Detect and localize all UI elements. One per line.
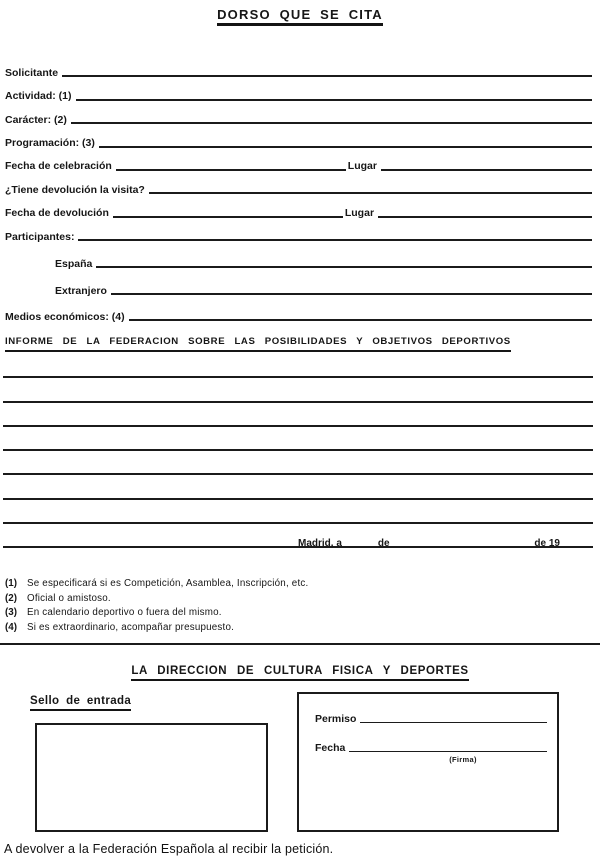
fecha-celebracion-fill-line [116, 167, 346, 171]
informe-writing-area [3, 354, 593, 548]
date-de-label: de [378, 539, 390, 549]
participantes-fill-line [78, 237, 592, 241]
footnote-4: (4) Si es extraordinario, acompañar pres… [5, 621, 580, 636]
footnote-number: (1) [5, 577, 27, 592]
fecha-fill-line [349, 749, 547, 752]
direccion-heading-wrap: LA DIRECCION DE CULTURA FISICA Y DEPORTE… [0, 661, 600, 681]
title-wrap: DORSO QUE SE CITA [0, 6, 600, 26]
lugar-devolucion-fill-line [378, 214, 592, 218]
caracter-fill-line [71, 120, 592, 124]
sello-de-entrada-box [35, 723, 268, 832]
footnote-text: En calendario deportivo o fuera del mism… [27, 606, 222, 621]
footnote-number: (4) [5, 621, 27, 636]
direccion-heading: LA DIRECCION DE CULTURA FISICA Y DEPORTE… [131, 665, 468, 681]
date-month-fill-line [395, 545, 532, 548]
programacion-label: Programación: (3) [5, 138, 95, 149]
solicitante-label: Solicitante [5, 68, 58, 79]
actividad-fill-line [76, 97, 592, 101]
field-row-caracter: Carácter: (2) [5, 102, 592, 125]
informe-heading-wrap: INFORME DE LA FEDERACION SOBRE LAS POSIB… [5, 331, 511, 352]
field-row-espana: España [5, 242, 592, 269]
fecha-row: Fecha [315, 739, 547, 753]
date-line: Madrid, a de de 19 [298, 539, 590, 549]
permiso-fill-line [360, 720, 547, 723]
field-row-extranjero: Extranjero [5, 269, 592, 296]
footnote-3: (3) En calendario deportivo o fuera del … [5, 606, 580, 621]
footnotes: (1) Se especificará si es Competición, A… [5, 577, 580, 636]
solicitante-fill-line [62, 73, 592, 77]
section-divider [0, 643, 600, 645]
espana-fill-line [96, 264, 592, 268]
medios-economicos-label: Medios económicos: (4) [5, 312, 125, 323]
firma-caption: (Firma) [299, 755, 557, 764]
footnote-text: Oficial o amistoso. [27, 592, 111, 607]
footnote-1: (1) Se especificará si es Competición, A… [5, 577, 580, 592]
date-city-label: Madrid, a [298, 539, 342, 549]
informe-heading: INFORME DE LA FEDERACION SOBRE LAS POSIB… [5, 336, 511, 352]
field-row-programacion: Programación: (3) [5, 125, 592, 148]
field-row-medios-economicos: Medios económicos: (4) [5, 296, 592, 322]
footnote-text: Se especificará si es Competición, Asamb… [27, 577, 308, 592]
form-fields: Solicitante Actividad: (1) Carácter: (2)… [5, 55, 592, 322]
medios-economicos-fill-line [129, 317, 592, 321]
fecha-label: Fecha [315, 743, 345, 754]
fecha-celebracion-label: Fecha de celebración [5, 161, 112, 172]
footer-note: A devolver a la Federación Española al r… [4, 842, 333, 856]
fecha-devolucion-fill-line [113, 214, 343, 218]
field-row-solicitante: Solicitante [5, 55, 592, 78]
ruled-line [3, 378, 593, 402]
extranjero-fill-line [111, 291, 592, 295]
extranjero-label: Extranjero [55, 286, 107, 297]
field-row-actividad: Actividad: (1) [5, 78, 592, 101]
permiso-label: Permiso [315, 714, 356, 725]
devolucion-visita-label: ¿Tiene devolución la visita? [5, 185, 145, 196]
date-day-fill-line [347, 545, 375, 548]
lugar-celebracion-fill-line [381, 167, 592, 171]
programacion-fill-line [99, 144, 592, 148]
ruled-line [3, 475, 593, 499]
fecha-devolucion-label: Fecha de devolución [5, 208, 109, 219]
field-row-fecha-devolucion: Fecha de devolución Lugar [5, 195, 592, 218]
footnote-number: (2) [5, 592, 27, 607]
footnote-text: Si es extraordinario, acompañar presupue… [27, 621, 234, 636]
date-year-label: de 19 [534, 539, 560, 549]
ruled-line [3, 427, 593, 451]
ruled-line [3, 451, 593, 475]
footnote-2: (2) Oficial o amistoso. [5, 592, 580, 607]
devolucion-visita-fill-line [149, 190, 592, 194]
ruled-line [3, 403, 593, 427]
sello-de-entrada-heading: Sello de entrada [30, 695, 131, 711]
permiso-box: Permiso Fecha (Firma) [297, 692, 559, 832]
espana-label: España [55, 259, 92, 270]
permiso-row: Permiso [315, 710, 547, 724]
field-row-fecha-celebracion: Fecha de celebración Lugar [5, 149, 592, 172]
lugar-celebracion-label: Lugar [348, 161, 377, 172]
ruled-line [3, 354, 593, 378]
ruled-line [3, 500, 593, 524]
form-page: DORSO QUE SE CITA Solicitante Actividad:… [0, 0, 600, 867]
date-year-fill-line [570, 545, 590, 548]
page-title: DORSO QUE SE CITA [217, 7, 383, 26]
field-row-devolucion-visita: ¿Tiene devolución la visita? [5, 172, 592, 195]
lugar-devolucion-label: Lugar [345, 208, 374, 219]
sello-heading-wrap: Sello de entrada [30, 691, 131, 711]
footnote-number: (3) [5, 606, 27, 621]
participantes-label: Participantes: [5, 232, 74, 243]
caracter-label: Carácter: (2) [5, 115, 67, 126]
field-row-participantes: Participantes: [5, 219, 592, 242]
actividad-label: Actividad: (1) [5, 91, 72, 102]
